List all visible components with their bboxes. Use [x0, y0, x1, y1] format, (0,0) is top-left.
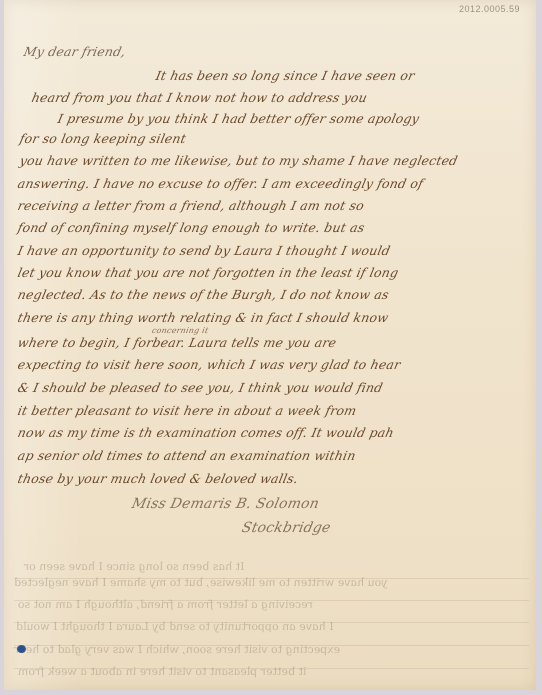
letter-page: 2012.0005.59 My dear friend, It has been…	[4, 0, 536, 690]
letter-line: for so long keeping silent	[18, 131, 187, 146]
letter-line: where to begin, I forbear. Laura tells m…	[16, 335, 338, 350]
bleed-through-text: it better pleasant to visit here in abou…	[17, 665, 308, 678]
bleed-through-text: It has been so long since I have seen or	[23, 560, 246, 573]
letter-line: now as my time is th examination comes o…	[16, 425, 395, 440]
accession-number: 2012.0005.59	[459, 4, 520, 14]
letter-line: you have written to me likewise, but to …	[18, 153, 459, 168]
signature-place: Stockbridge	[240, 520, 332, 536]
salutation: My dear friend,	[22, 44, 127, 59]
letter-line: It has been so long since I have seen or	[154, 68, 416, 83]
letter-line: I have an opportunity to send by Laura I…	[16, 243, 391, 258]
signature: Miss Demaris B. Solomon	[130, 496, 320, 512]
letter-line: it better pleasant to visit here in abou…	[16, 403, 358, 418]
letter-line: fond of confining myself long enough to …	[16, 220, 366, 235]
bleed-through-text: I have an opportunity to send by Laura I…	[15, 620, 335, 633]
ink-spot	[17, 645, 26, 653]
letter-line: I presume by you think I had better offe…	[56, 111, 420, 126]
letter-line: neglected. As to the news of the Burgh, …	[16, 287, 390, 302]
letter-line: heard from you that I know not how to ad…	[30, 90, 368, 105]
letter-line: receiving a letter from a friend, althou…	[16, 198, 365, 213]
letter-line: those by your much loved & beloved walls…	[16, 471, 299, 486]
bleed-through-text: you have written to me likewise, but to …	[13, 576, 389, 589]
letter-line: there is any thing worth relating & in f…	[16, 310, 390, 325]
letter-line: answering. I have no excuse to offer. I …	[16, 176, 424, 191]
bleed-through-text: expecting to visit here soon, which I wa…	[13, 643, 341, 656]
bleed-through-text: receiving a letter from a friend, althou…	[17, 598, 314, 611]
letter-line: ap senior old times to attend an examina…	[16, 448, 357, 463]
letter-line: & I should be pleased to see you, I thin…	[16, 380, 384, 395]
letter-line: let you know that you are not forgotten …	[16, 265, 400, 280]
interlinear-insertion: concerning it	[151, 326, 209, 335]
letter-line: expecting to visit here soon, which I wa…	[16, 357, 402, 372]
